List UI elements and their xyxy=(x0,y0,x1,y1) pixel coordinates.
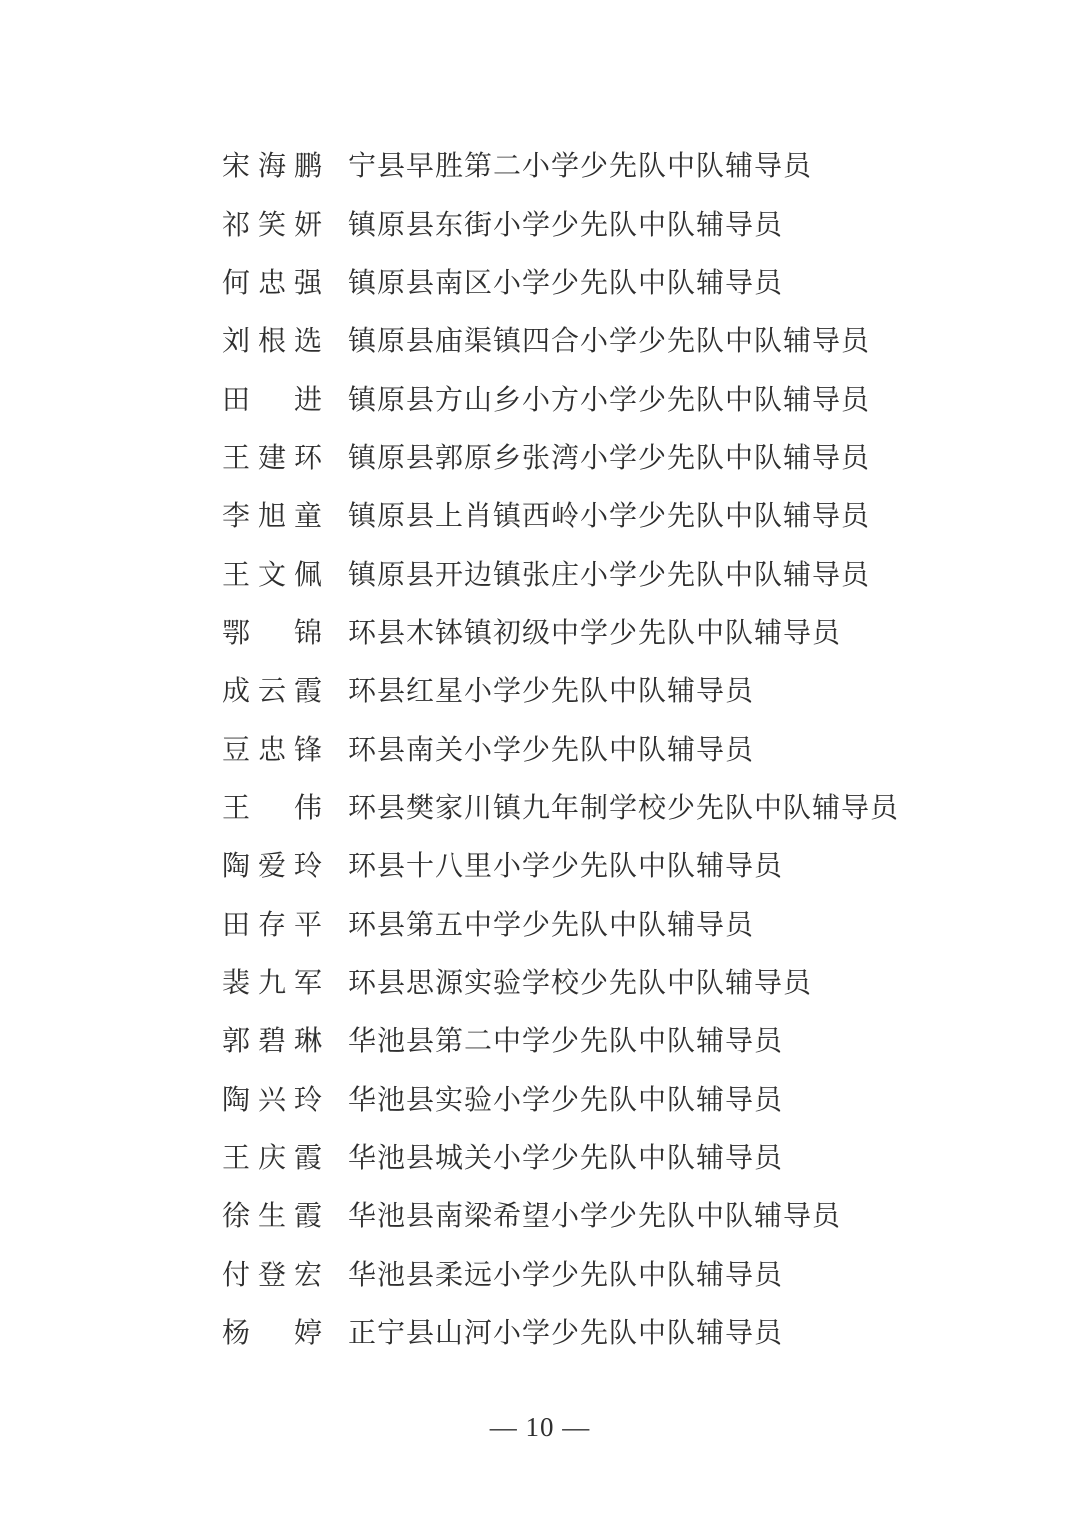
roster-entry: 王 伟 环县樊家川镇九年制学校少先队中队辅导员 xyxy=(222,780,899,838)
person-name: 裴九军 xyxy=(222,967,322,1001)
person-name: 宋海鹏 xyxy=(222,150,322,184)
roster-entry: 徐生霞 华池县南梁希望小学少先队中队辅导员 xyxy=(222,1188,899,1246)
person-position: 华池县第二中学少先队中队辅导员 xyxy=(348,1025,783,1059)
person-name: 田 进 xyxy=(222,384,322,418)
roster-entry: 豆忠锋 环县南关小学少先队中队辅导员 xyxy=(222,721,899,779)
roster-entry: 刘根选 镇原县庙渠镇四合小学少先队中队辅导员 xyxy=(222,313,899,371)
roster-entry: 杨 婷 正宁县山河小学少先队中队辅导员 xyxy=(222,1305,899,1363)
person-name: 成云霞 xyxy=(222,675,322,709)
person-name: 郭碧琳 xyxy=(222,1025,322,1059)
person-position: 镇原县方山乡小方小学少先队中队辅导员 xyxy=(348,384,870,418)
roster-entry: 付登宏 华池县柔远小学少先队中队辅导员 xyxy=(222,1246,899,1304)
person-position: 镇原县庙渠镇四合小学少先队中队辅导员 xyxy=(348,325,870,359)
roster-entry: 田存平 环县第五中学少先队中队辅导员 xyxy=(222,896,899,954)
person-position: 华池县柔远小学少先队中队辅导员 xyxy=(348,1259,783,1293)
person-position: 环县十八里小学少先队中队辅导员 xyxy=(348,850,783,884)
person-name: 陶爱玲 xyxy=(222,850,322,884)
roster-entry: 陶爱玲 环县十八里小学少先队中队辅导员 xyxy=(222,838,899,896)
roster-entry: 宋海鹏 宁县早胜第二小学少先队中队辅导员 xyxy=(222,138,899,196)
person-position: 镇原县上肖镇西岭小学少先队中队辅导员 xyxy=(348,500,870,534)
person-name: 陶兴玲 xyxy=(222,1084,322,1118)
person-name: 徐生霞 xyxy=(222,1200,322,1234)
roster-entry: 郭碧琳 华池县第二中学少先队中队辅导员 xyxy=(222,1013,899,1071)
person-name: 王 伟 xyxy=(222,792,322,826)
roster-entry: 祁笑妍 镇原县东街小学少先队中队辅导员 xyxy=(222,196,899,254)
person-name: 付登宏 xyxy=(222,1259,322,1293)
person-position: 镇原县南区小学少先队中队辅导员 xyxy=(348,267,783,301)
person-name: 豆忠锋 xyxy=(222,734,322,768)
person-name: 祁笑妍 xyxy=(222,209,322,243)
person-name: 王庆霞 xyxy=(222,1142,322,1176)
person-name: 王建环 xyxy=(222,442,322,476)
roster-entry: 陶兴玲 华池县实验小学少先队中队辅导员 xyxy=(222,1071,899,1129)
person-position: 环县南关小学少先队中队辅导员 xyxy=(348,734,754,768)
person-position: 环县红星小学少先队中队辅导员 xyxy=(348,675,754,709)
person-position: 镇原县开边镇张庄小学少先队中队辅导员 xyxy=(348,559,870,593)
roster-entry: 王建环 镇原县郭原乡张湾小学少先队中队辅导员 xyxy=(222,430,899,488)
roster-list: 宋海鹏 宁县早胜第二小学少先队中队辅导员 祁笑妍 镇原县东街小学少先队中队辅导员… xyxy=(222,138,899,1363)
person-position: 环县第五中学少先队中队辅导员 xyxy=(348,909,754,943)
page-number: — 10 — xyxy=(0,1412,1080,1443)
roster-entry: 田 进 镇原县方山乡小方小学少先队中队辅导员 xyxy=(222,371,899,429)
person-position: 环县思源实验学校少先队中队辅导员 xyxy=(348,967,812,1001)
person-name: 杨 婷 xyxy=(222,1317,322,1351)
person-position: 镇原县东街小学少先队中队辅导员 xyxy=(348,209,783,243)
person-name: 刘根选 xyxy=(222,325,322,359)
person-position: 正宁县山河小学少先队中队辅导员 xyxy=(348,1317,783,1351)
roster-entry: 裴九军 环县思源实验学校少先队中队辅导员 xyxy=(222,955,899,1013)
person-position: 华池县实验小学少先队中队辅导员 xyxy=(348,1084,783,1118)
person-position: 华池县南梁希望小学少先队中队辅导员 xyxy=(348,1200,841,1234)
roster-entry: 何忠强 镇原县南区小学少先队中队辅导员 xyxy=(222,255,899,313)
person-name: 李旭童 xyxy=(222,500,322,534)
person-position: 宁县早胜第二小学少先队中队辅导员 xyxy=(348,150,812,184)
person-position: 环县樊家川镇九年制学校少先队中队辅导员 xyxy=(348,792,899,826)
person-name: 王文佩 xyxy=(222,559,322,593)
person-position: 镇原县郭原乡张湾小学少先队中队辅导员 xyxy=(348,442,870,476)
roster-entry: 鄂 锦 环县木钵镇初级中学少先队中队辅导员 xyxy=(222,605,899,663)
person-position: 环县木钵镇初级中学少先队中队辅导员 xyxy=(348,617,841,651)
document-page: 宋海鹏 宁县早胜第二小学少先队中队辅导员 祁笑妍 镇原县东街小学少先队中队辅导员… xyxy=(0,0,1080,1528)
roster-entry: 王文佩 镇原县开边镇张庄小学少先队中队辅导员 xyxy=(222,546,899,604)
roster-entry: 成云霞 环县红星小学少先队中队辅导员 xyxy=(222,663,899,721)
person-name: 田存平 xyxy=(222,909,322,943)
person-name: 何忠强 xyxy=(222,267,322,301)
roster-entry: 王庆霞 华池县城关小学少先队中队辅导员 xyxy=(222,1130,899,1188)
roster-entry: 李旭童 镇原县上肖镇西岭小学少先队中队辅导员 xyxy=(222,488,899,546)
person-name: 鄂 锦 xyxy=(222,617,322,651)
person-position: 华池县城关小学少先队中队辅导员 xyxy=(348,1142,783,1176)
